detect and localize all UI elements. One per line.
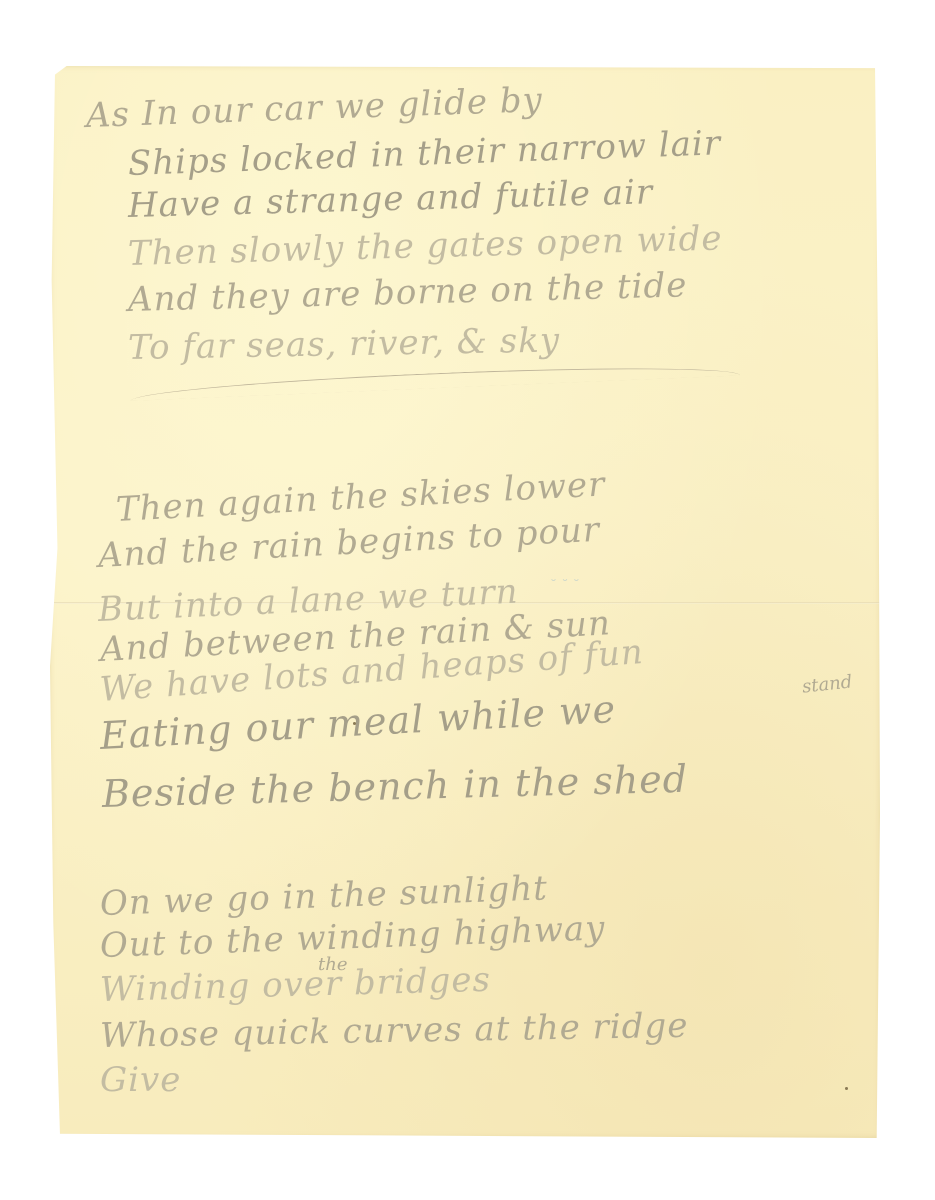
stanza-2-line-7: Beside the bench in the shed (101, 757, 688, 816)
paper-speck (353, 722, 356, 725)
stanza-1-line-1: As In our car we glide by (85, 80, 543, 136)
inserted-word-stand: stand (801, 671, 853, 697)
inserted-word-the: the (318, 954, 347, 975)
stanza-1-line-6: To far seas, river, & sky (128, 320, 561, 368)
manuscript-page: As In our car we glide by Ships locked i… (50, 66, 880, 1138)
blue-smudge: ˘ ˘ ˘ (550, 578, 580, 594)
stanza-3-line-3: Winding over bridges (99, 960, 491, 1010)
stanza-3-line-4: Whose quick curves at the ridge (100, 1006, 689, 1056)
stanza-3-line-5: Give (100, 1060, 181, 1100)
stanza-1-line-4: Then slowly the gates open wide (127, 218, 723, 274)
stanza-1-line-5: And they are borne on the tide (127, 265, 687, 320)
paper-speck (845, 1087, 848, 1090)
stanza-divider-line (130, 360, 740, 401)
